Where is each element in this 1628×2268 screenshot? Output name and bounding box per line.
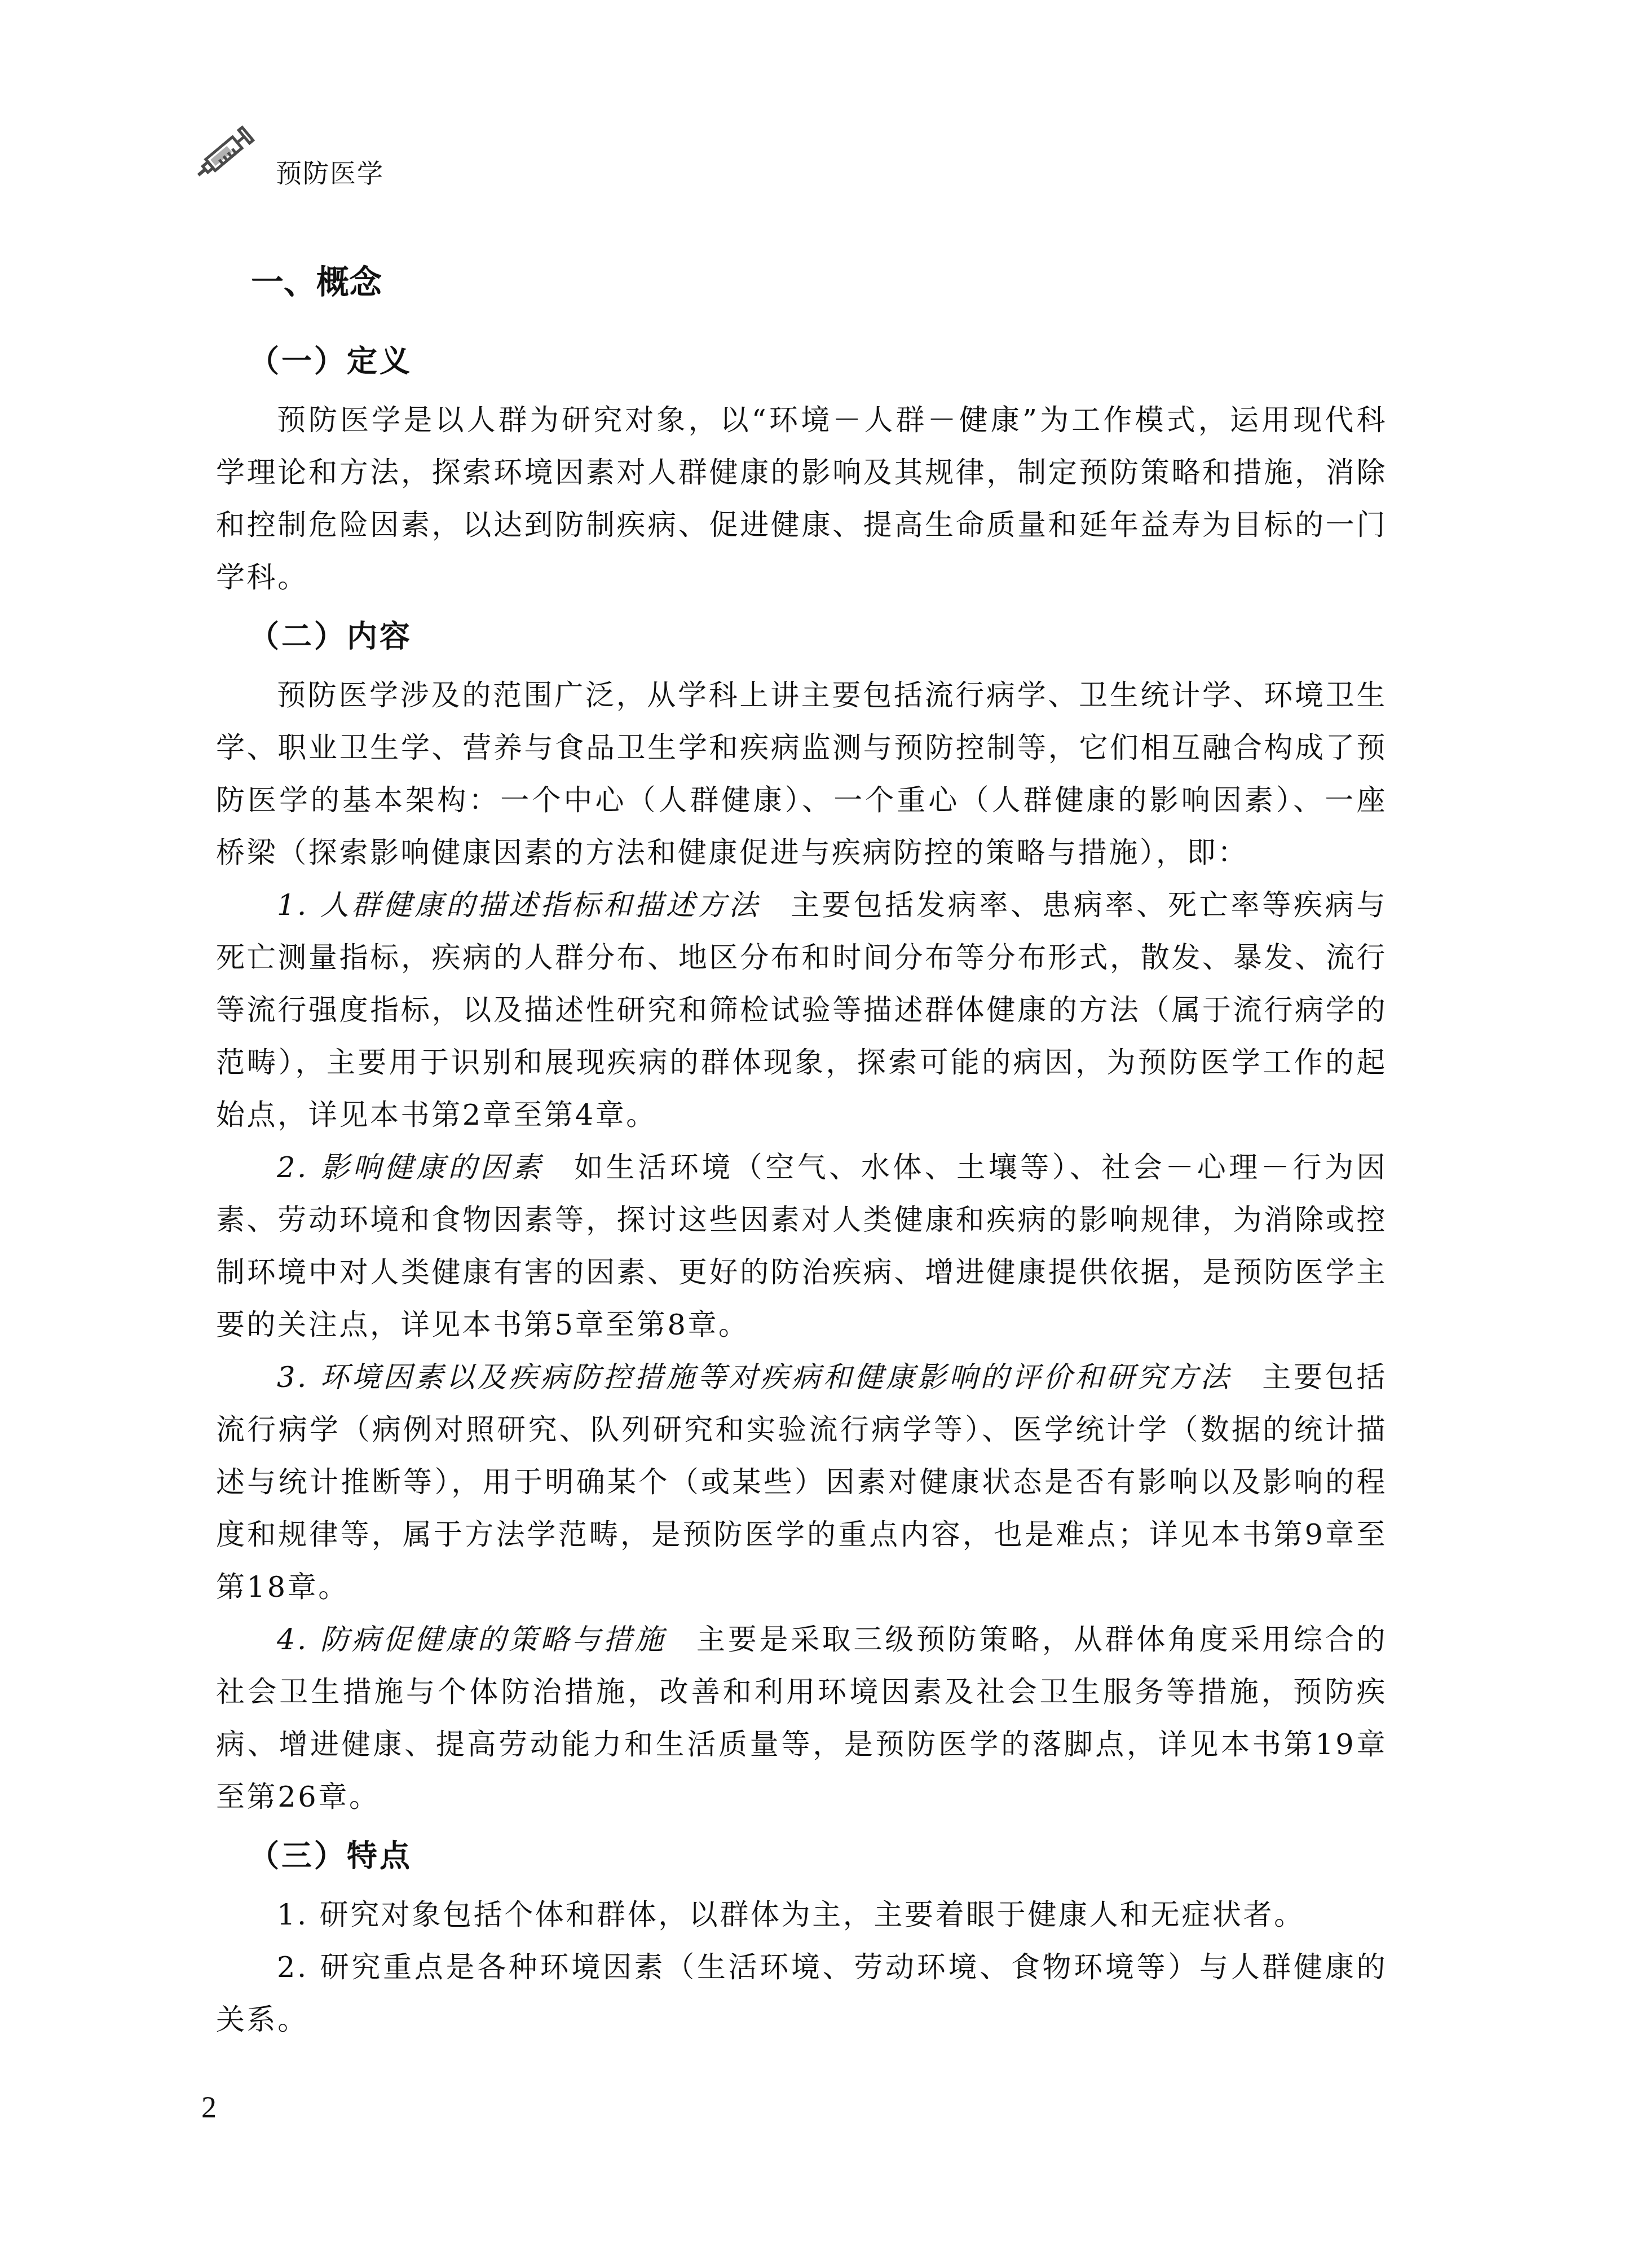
content-item-3-lead: 3. 环境因素以及疾病防控措施等对疾病和健康影响的评价和研究方法 — [277, 1361, 1232, 1394]
section-heading: 一、概念 — [251, 257, 1387, 336]
content-intro-paragraph: 预防医学涉及的范围广泛，从学科上讲主要包括流行病学、卫生统计学、环境卫生学、职业… — [216, 670, 1387, 879]
definition-paragraph: 预防医学是以人群为研究对象，以“环境－人群－健康”为工作模式，运用现代科学理论和… — [216, 394, 1387, 604]
feature-item-1: 1. 研究对象包括个体和群体，以群体为主，主要着眼于健康人和无症状者。 — [216, 1889, 1387, 1941]
book-title: 预防医学 — [276, 153, 384, 190]
content-item-2-lead: 2. 影响健康的因素 — [277, 1151, 544, 1184]
content-item-1-text: 主要包括发病率、患病率、死亡率等疾病与死亡测量指标，疾病的人群分布、地区分布和时… — [216, 889, 1387, 1132]
content-item-4-lead: 4. 防病促健康的策略与措施 — [277, 1623, 666, 1657]
content-item-1: 1. 人群健康的描述指标和描述方法主要包括发病率、患病率、死亡率等疾病与死亡测量… — [216, 879, 1387, 1142]
content-item-2: 2. 影响健康的因素如生活环境（空气、水体、土壤等）、社会－心理－行为因素、劳动… — [216, 1142, 1387, 1351]
page-body: 一、概念 （一）定义 预防医学是以人群为研究对象，以“环境－人群－健康”为工作模… — [216, 257, 1387, 2046]
content-item-3: 3. 环境因素以及疾病防控措施等对疾病和健康影响的评价和研究方法主要包括流行病学… — [216, 1351, 1387, 1614]
content-item-1-lead: 1. 人群健康的描述指标和描述方法 — [277, 889, 760, 922]
syringe-icon — [189, 116, 262, 189]
content-item-3-text: 主要包括流行病学（病例对照研究、队列研究和实验流行病学等）、医学统计学（数据的统… — [216, 1361, 1387, 1604]
running-header: 预防医学 — [189, 116, 384, 189]
subsection-heading-content: （二）内容 — [249, 611, 1387, 670]
feature-item-2: 2. 研究重点是各种环境因素（生活环境、劳动环境、食物环境等）与人群健康的关系。 — [216, 1941, 1387, 2046]
content-item-4: 4. 防病促健康的策略与措施主要是采取三级预防策略，从群体角度采用综合的社会卫生… — [216, 1614, 1387, 1824]
subsection-heading-features: （三）特点 — [249, 1830, 1387, 1889]
subsection-heading-definition: （一）定义 — [249, 336, 1387, 394]
page-number: 2 — [201, 2090, 217, 2125]
